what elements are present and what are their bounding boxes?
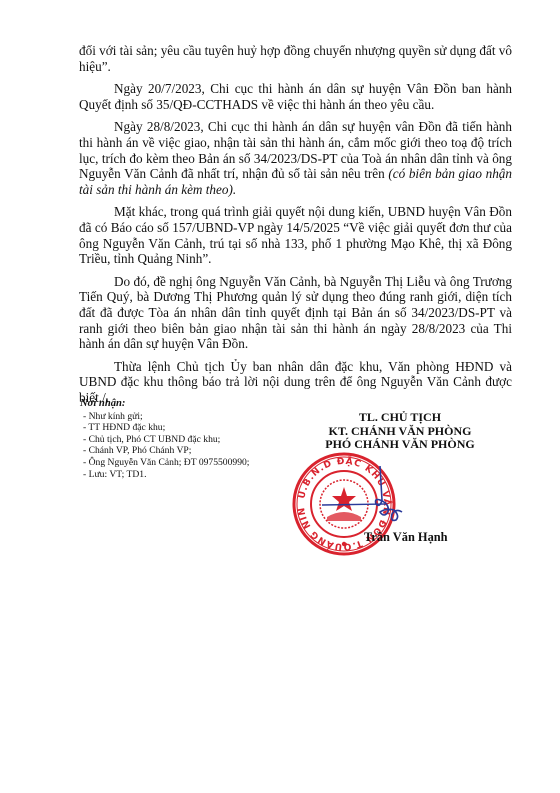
recipient-item: - Lưu: VT; TD1.: [80, 469, 290, 481]
authority-line-2: KT. CHÁNH VĂN PHÒNG: [290, 425, 510, 439]
recipient-item: - TT HĐND đặc khu;: [80, 422, 290, 434]
signer-name: Trần Văn Hạnh: [364, 530, 448, 545]
paragraph-2: Ngày 28/8/2023, Chi cục thi hành án dân …: [79, 119, 512, 197]
recipients-title: Nơi nhận:: [80, 398, 290, 410]
document-page: đối với tài sản; yêu cầu tuyên huỷ hợp đ…: [0, 0, 560, 793]
paragraph-3: Mặt khác, trong quá trình giải quyết nội…: [79, 204, 512, 266]
paragraph-0: đối với tài sản; yêu cầu tuyên huỷ hợp đ…: [79, 43, 512, 74]
paragraph-1: Ngày 20/7/2023, Chi cục thi hành án dân …: [79, 81, 512, 112]
authority-line-3: PHÓ CHÁNH VĂN PHÒNG: [290, 438, 510, 452]
paragraph-4: Do đó, đề nghị ông Nguyễn Văn Cảnh, bà N…: [79, 274, 512, 352]
handwritten-signature-icon: [320, 460, 420, 530]
signature-authority-block: TL. CHỦ TỊCH KT. CHÁNH VĂN PHÒNG PHÓ CHÁ…: [290, 411, 510, 452]
recipient-item: - Chủ tịch, Phó CT UBND đặc khu;: [80, 434, 290, 446]
recipients-block: Nơi nhận: - Như kính gửi; - TT HĐND đặc …: [80, 398, 290, 480]
recipient-item: - Ông Nguyễn Văn Cảnh; ĐT 0975500990;: [80, 457, 290, 469]
authority-line-1: TL. CHỦ TỊCH: [290, 411, 510, 425]
recipient-item: - Chánh VP, Phó Chánh VP;: [80, 445, 290, 457]
document-body: đối với tài sản; yêu cầu tuyên huỷ hợp đ…: [79, 43, 512, 412]
recipient-item: - Như kính gửi;: [80, 411, 290, 423]
